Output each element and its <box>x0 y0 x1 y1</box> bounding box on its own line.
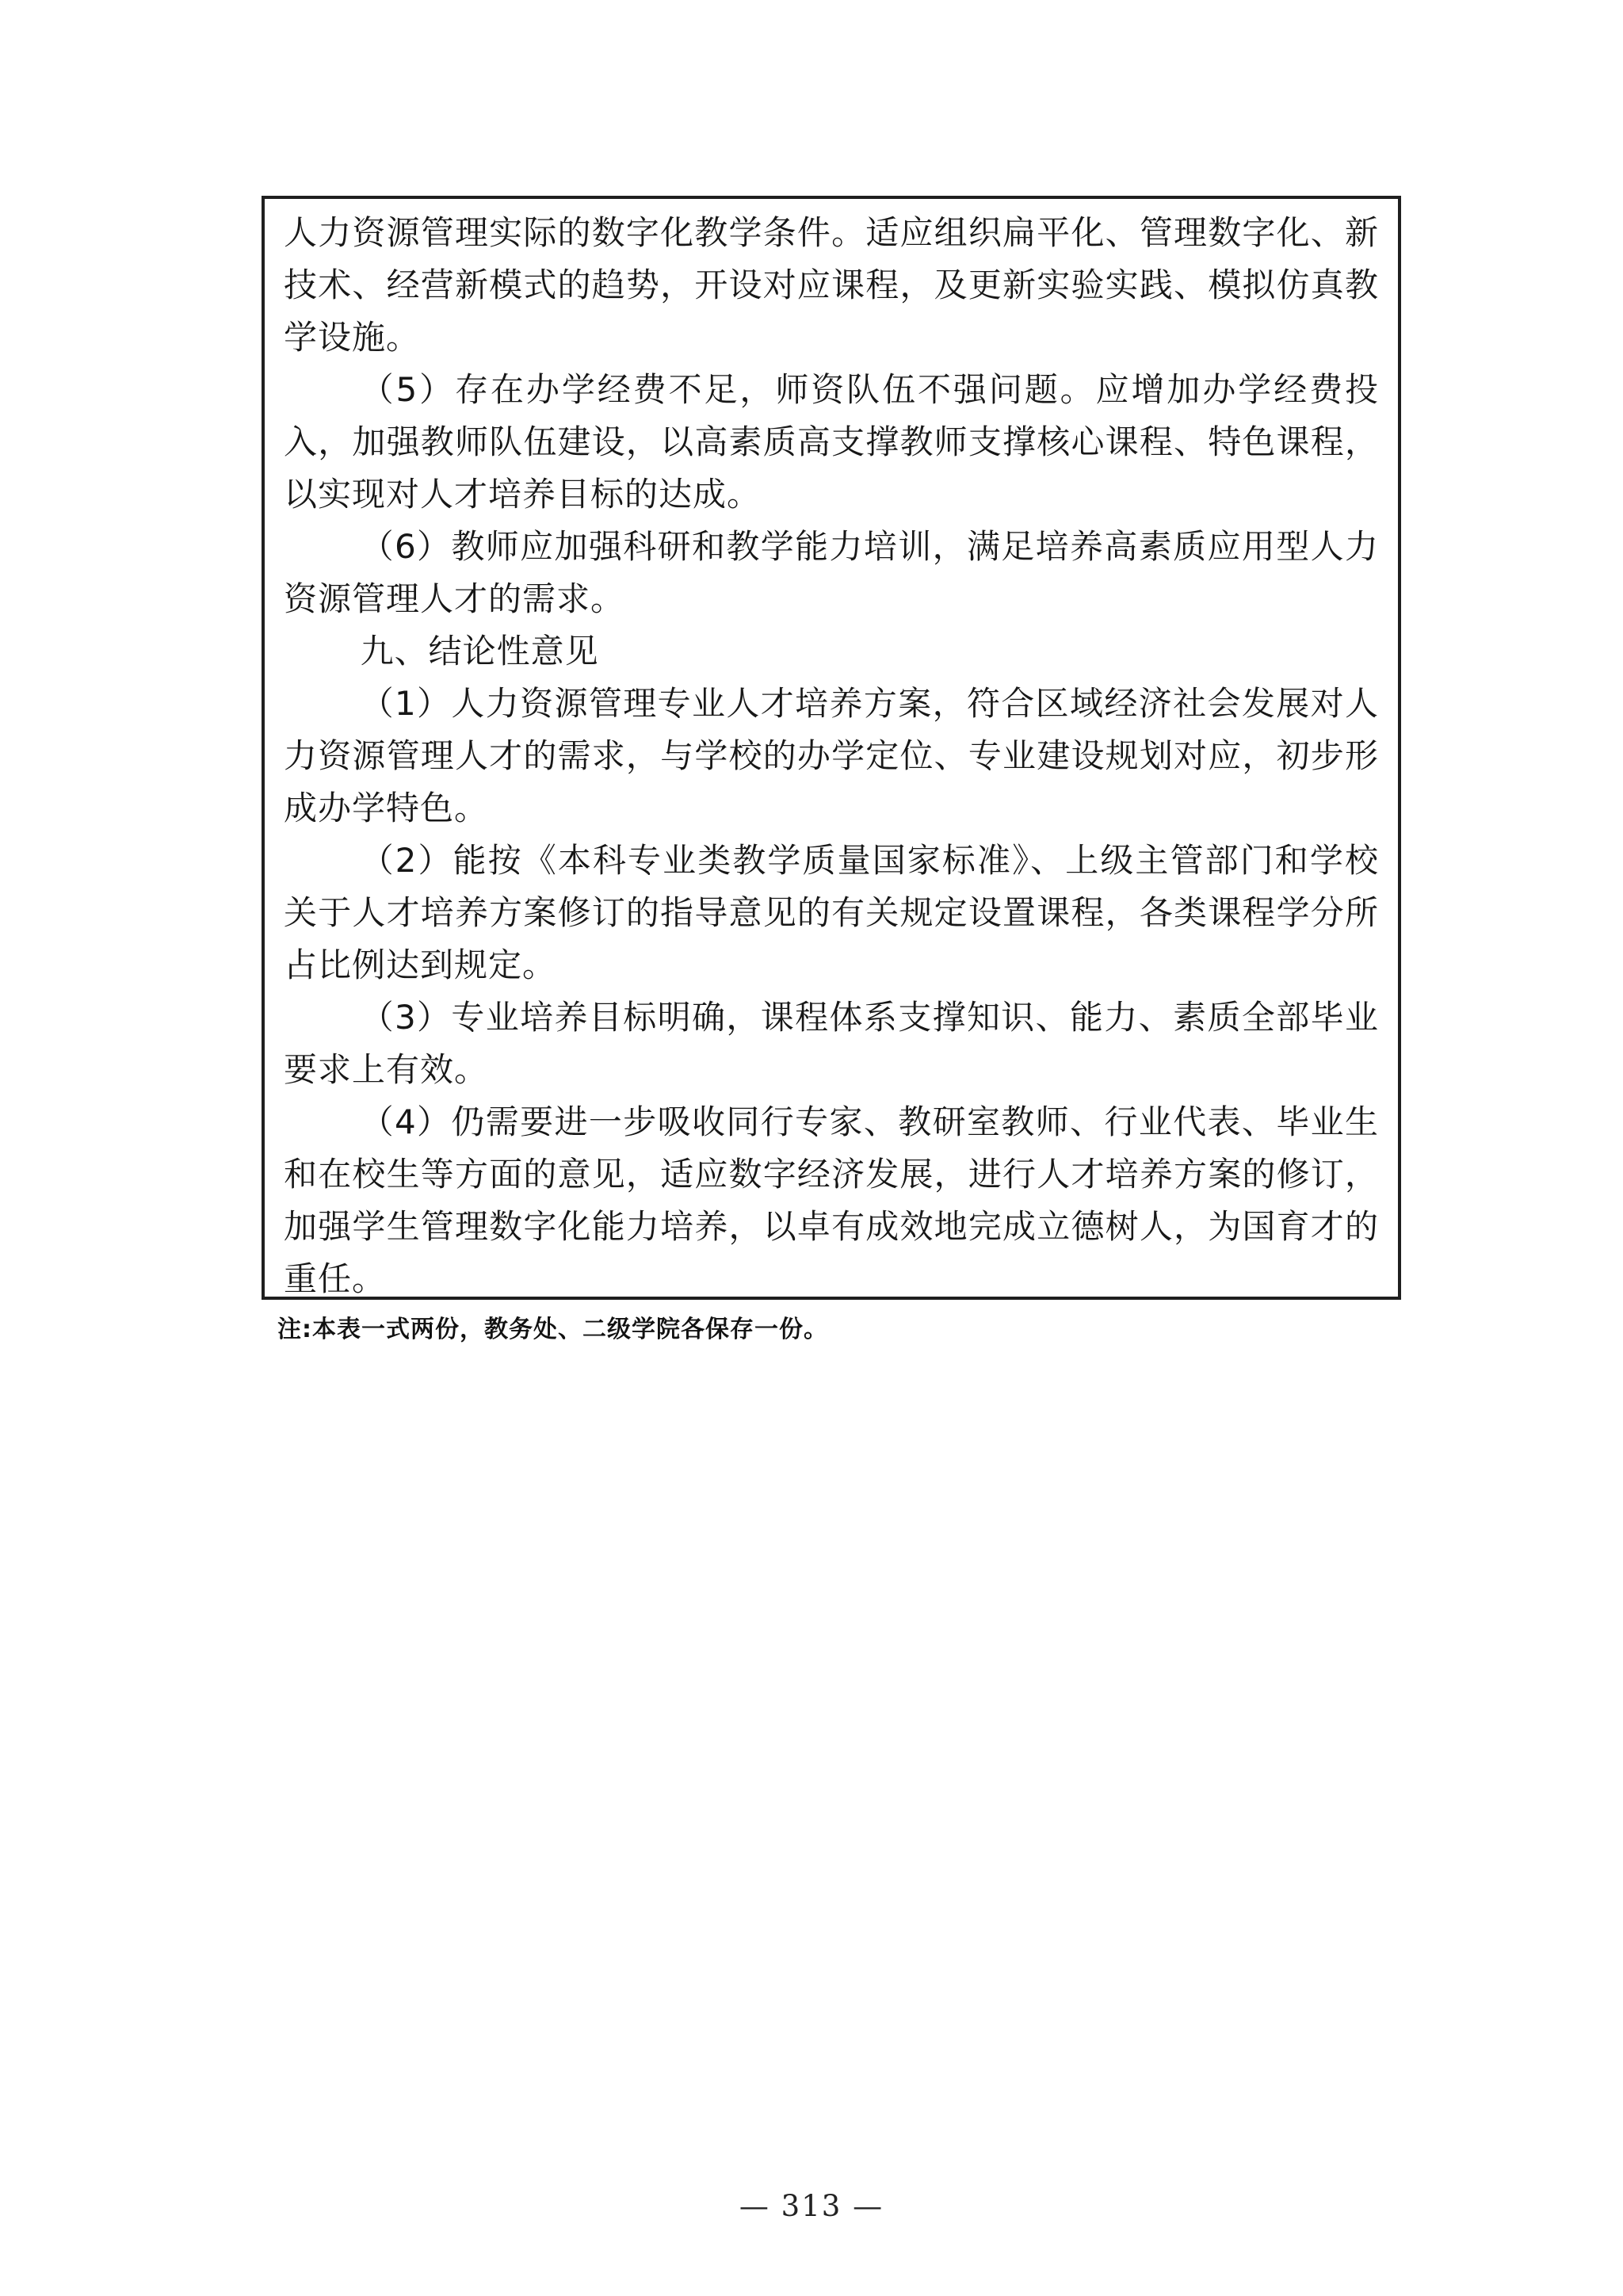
paragraph-conclusion-4: （4）仍需要进一步吸收同行专家、教研室教师、行业代表、毕业生和在校生等方面的意见… <box>284 1096 1379 1300</box>
paragraph-item-6: （6）教师应加强科研和教学能力培训，满足培养高素质应用型人力资源管理人才的需求。 <box>284 521 1379 625</box>
paragraph-conclusion-1: （1）人力资源管理专业人才培养方案，符合区域经济社会发展对人力资源管理人才的需求… <box>284 678 1379 835</box>
document-page: 人力资源管理实际的数字化教学条件。适应组织扁平化、管理数字化、新技术、经营新模式… <box>0 0 1623 2296</box>
footnote: 注:本表一式两份，教务处、二级学院各保存一份。 <box>277 1309 828 1344</box>
paragraph-item-5: （5）存在办学经费不足，师资队伍不强问题。应增加办学经费投入，加强教师队伍建设，… <box>284 364 1379 521</box>
page-number: — 313 — <box>0 2189 1623 2223</box>
paragraph-continuation: 人力资源管理实际的数字化教学条件。适应组织扁平化、管理数字化、新技术、经营新模式… <box>284 207 1379 364</box>
paragraph-conclusion-2: （2）能按《本科专业类教学质量国家标准》、上级主管部门和学校关于人才培养方案修订… <box>284 835 1379 991</box>
section-heading-nine: 九、结论性意见 <box>284 625 1379 678</box>
conclusion-text-box: 人力资源管理实际的数字化教学条件。适应组织扁平化、管理数字化、新技术、经营新模式… <box>262 196 1401 1300</box>
paragraph-conclusion-3: （3）专业培养目标明确，课程体系支撑知识、能力、素质全部毕业要求上有效。 <box>284 991 1379 1096</box>
